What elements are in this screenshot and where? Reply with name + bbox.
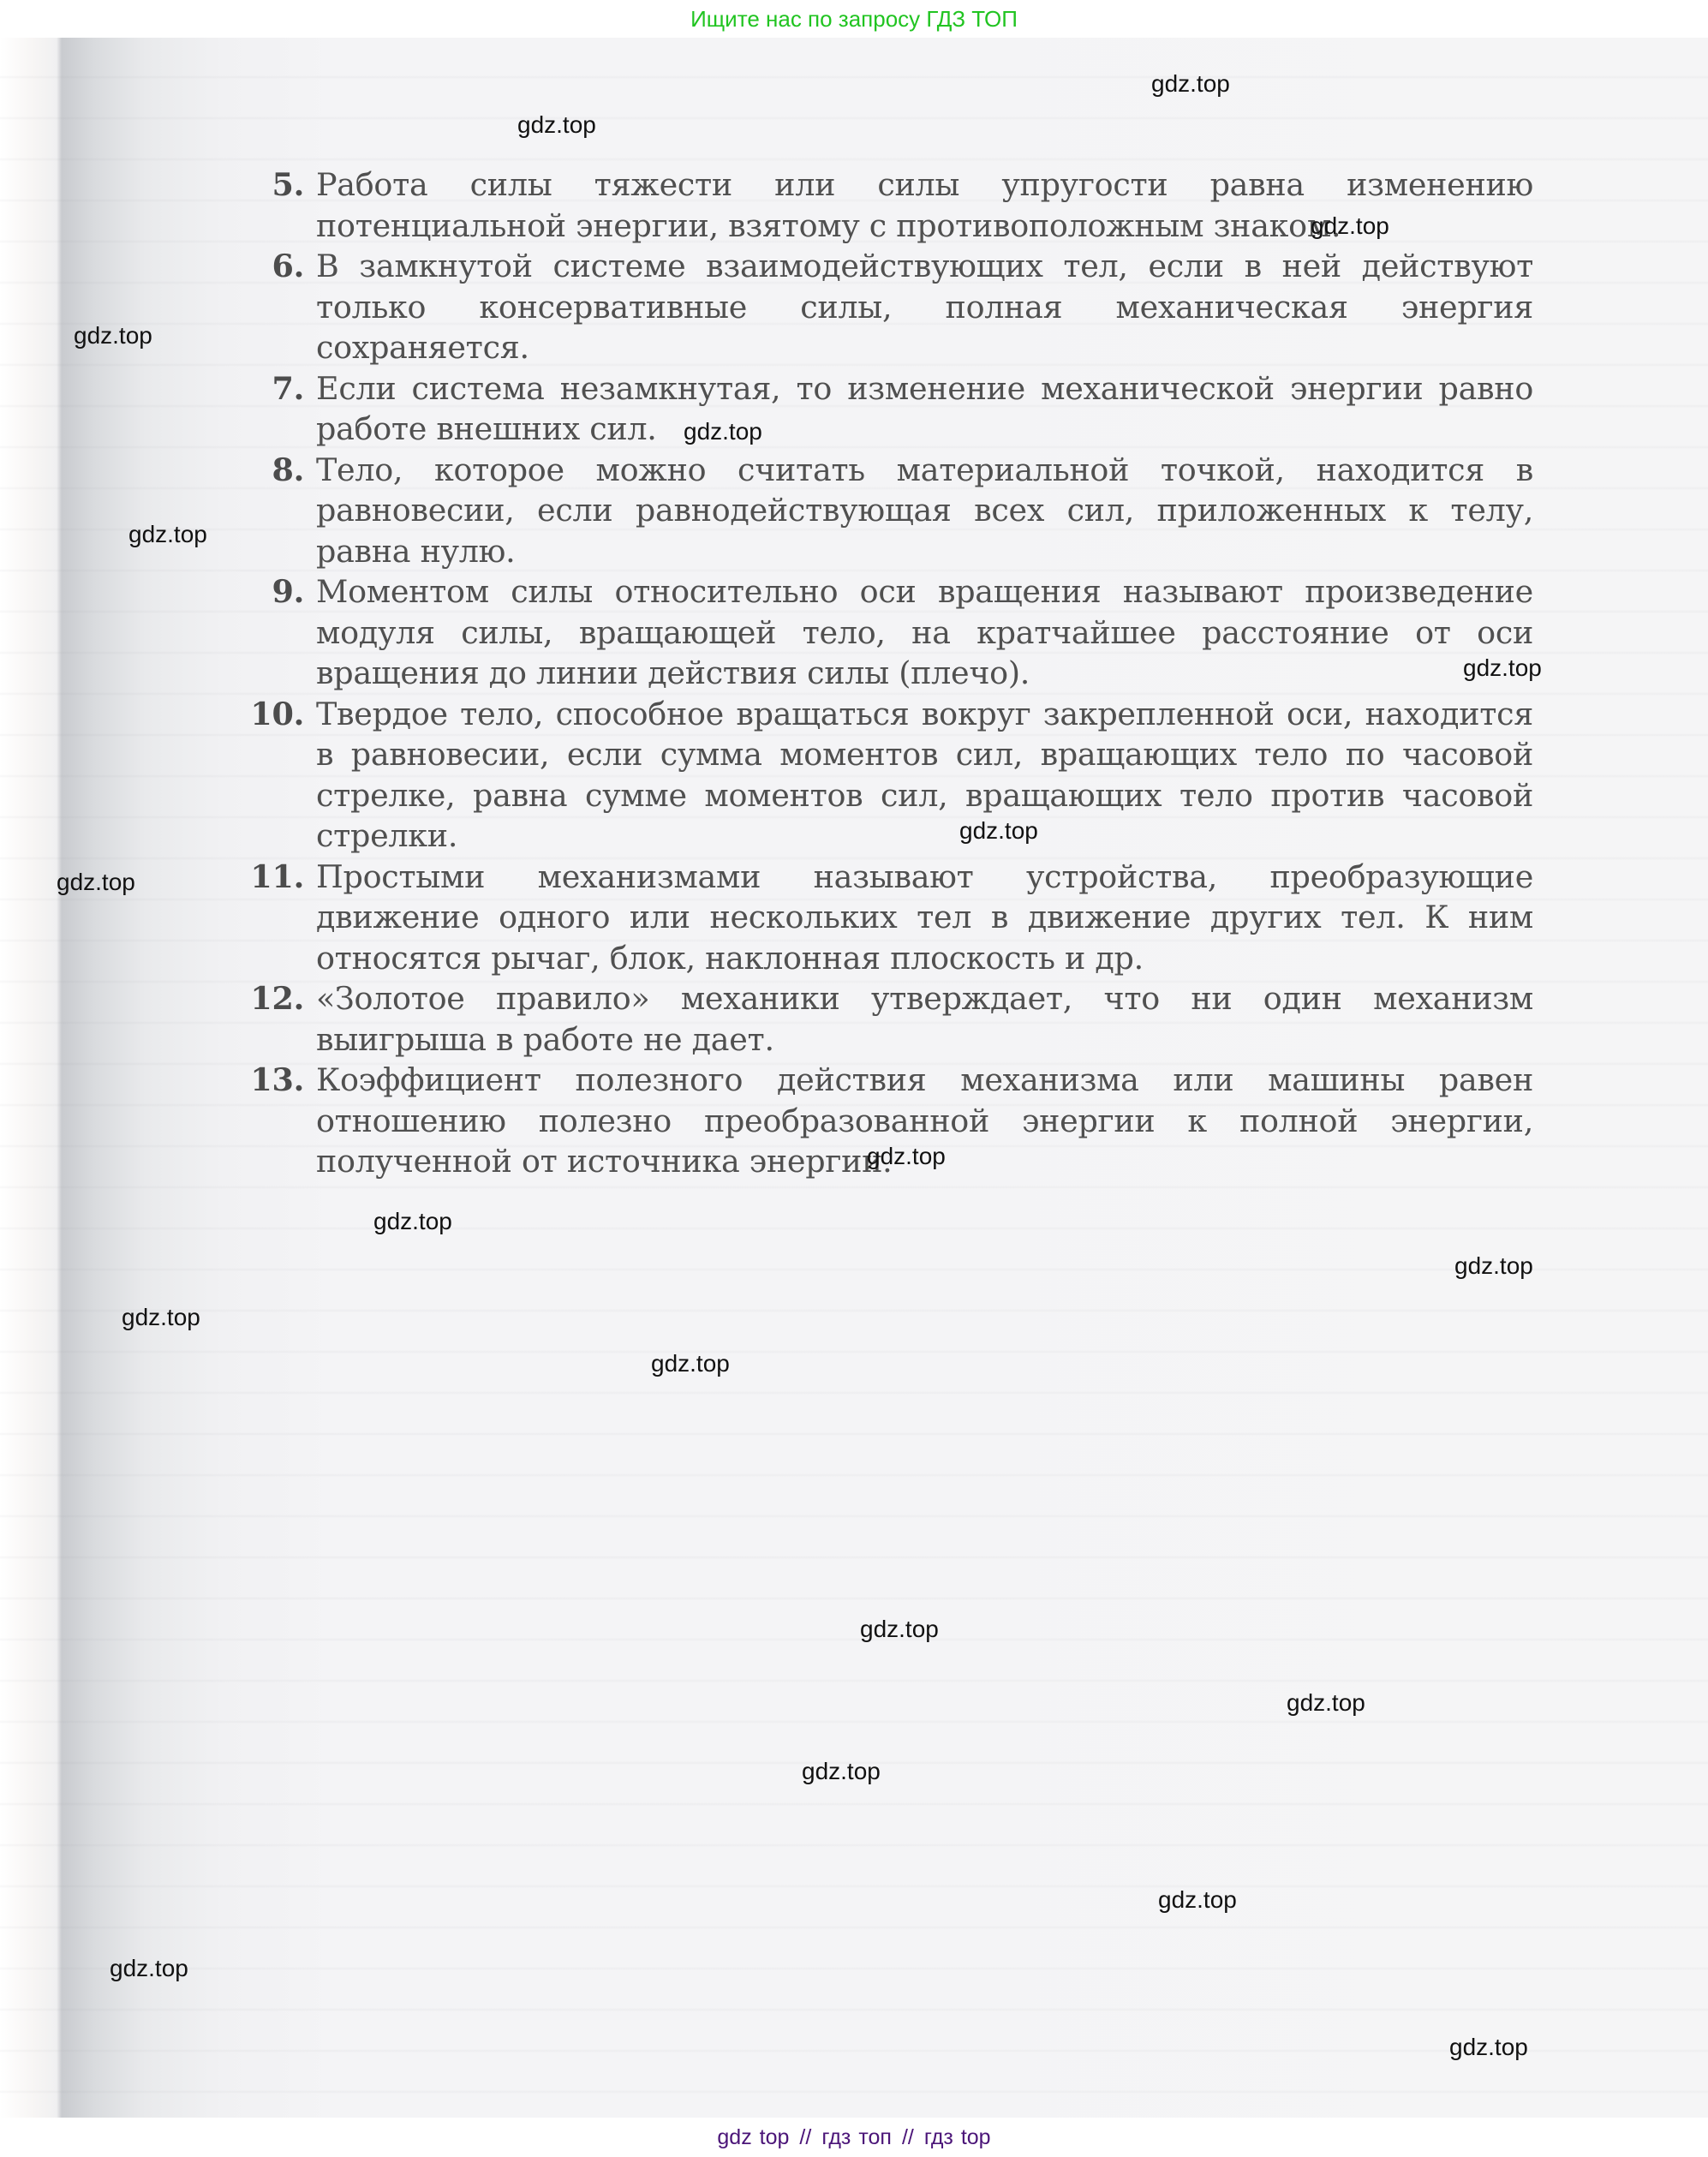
banner-text: Ищите нас по запросу ГДЗ ТОП bbox=[690, 6, 1018, 33]
footer-links: gdz top // гдз топ // гдз top bbox=[0, 2118, 1708, 2157]
watermark-label: gdz.top bbox=[74, 324, 152, 348]
watermark-label: gdz.top bbox=[128, 523, 207, 547]
textbook-page: 5. Работа силы тяжести или силы упругост… bbox=[0, 38, 1708, 2118]
watermark-label: gdz.top bbox=[1463, 656, 1542, 680]
item-number: 8. bbox=[248, 450, 316, 572]
summary-list: 5. Работа силы тяжести или силы упругост… bbox=[248, 164, 1533, 1182]
item-text: Твердое тело, способное вращаться вокруг… bbox=[316, 694, 1533, 857]
item-text: В замкнутой системе взаимодействующих те… bbox=[316, 246, 1533, 368]
watermark-label: gdz.top bbox=[860, 1617, 939, 1641]
item-text: Моментом силы относительно оси вращения … bbox=[316, 571, 1533, 694]
item-number: 5. bbox=[248, 164, 316, 246]
item-number: 9. bbox=[248, 571, 316, 694]
item-number: 7. bbox=[248, 368, 316, 450]
watermark-label: gdz.top bbox=[1158, 1888, 1237, 1912]
list-item: 11. Простыми механизмами называют устрой… bbox=[248, 857, 1533, 979]
footer-link-gdz-top-mixed[interactable]: гдз top bbox=[924, 2125, 991, 2150]
watermark-label: gdz.top bbox=[684, 420, 762, 444]
item-number: 10. bbox=[248, 694, 316, 857]
list-item: 9. Моментом силы относительно оси вращен… bbox=[248, 571, 1533, 694]
watermark-label: gdz.top bbox=[1311, 214, 1389, 238]
footer-separator: // bbox=[799, 2125, 811, 2150]
item-text: «Золотое правило» механики утверждает, ч… bbox=[316, 978, 1533, 1060]
list-item: 8. Тело, которое можно считать материаль… bbox=[248, 450, 1533, 572]
list-item: 12. «Золотое правило» механики утверждае… bbox=[248, 978, 1533, 1060]
watermark-label: gdz.top bbox=[517, 113, 596, 137]
item-number: 13. bbox=[248, 1060, 316, 1182]
watermark-label: gdz.top bbox=[802, 1760, 881, 1784]
watermark-label: gdz.top bbox=[122, 1306, 200, 1329]
item-number: 6. bbox=[248, 246, 316, 368]
item-text: Простыми механизмами называют устройства… bbox=[316, 857, 1533, 979]
watermark-label: gdz.top bbox=[110, 1957, 188, 1981]
watermark-label: gdz.top bbox=[373, 1210, 452, 1234]
item-number: 12. bbox=[248, 978, 316, 1060]
item-text: Тело, которое можно считать материальной… bbox=[316, 450, 1533, 572]
watermark-label: gdz.top bbox=[867, 1144, 946, 1168]
watermark-label: gdz.top bbox=[1287, 1691, 1365, 1715]
watermark-label: gdz.top bbox=[1449, 2035, 1528, 2059]
item-text: Если система незамкнутая, то изменение м… bbox=[316, 368, 1533, 450]
watermark-label: gdz.top bbox=[1151, 72, 1230, 96]
search-banner: Ищите нас по запросу ГДЗ ТОП bbox=[0, 0, 1708, 38]
watermark-label: gdz.top bbox=[1454, 1254, 1533, 1278]
watermark-label: gdz.top bbox=[959, 819, 1038, 843]
footer-separator: // bbox=[902, 2125, 914, 2150]
footer-link-gdz-top[interactable]: gdz top bbox=[717, 2125, 789, 2150]
item-number: 11. bbox=[248, 857, 316, 979]
watermark-label: gdz.top bbox=[57, 870, 135, 894]
list-item: 6. В замкнутой системе взаимодействующих… bbox=[248, 246, 1533, 368]
footer-link-gdz-top-ru[interactable]: гдз топ bbox=[821, 2125, 892, 2150]
watermark-label: gdz.top bbox=[651, 1352, 730, 1376]
list-item: 7. Если система незамкнутая, то изменени… bbox=[248, 368, 1533, 450]
list-item: 10. Твердое тело, способное вращаться во… bbox=[248, 694, 1533, 857]
